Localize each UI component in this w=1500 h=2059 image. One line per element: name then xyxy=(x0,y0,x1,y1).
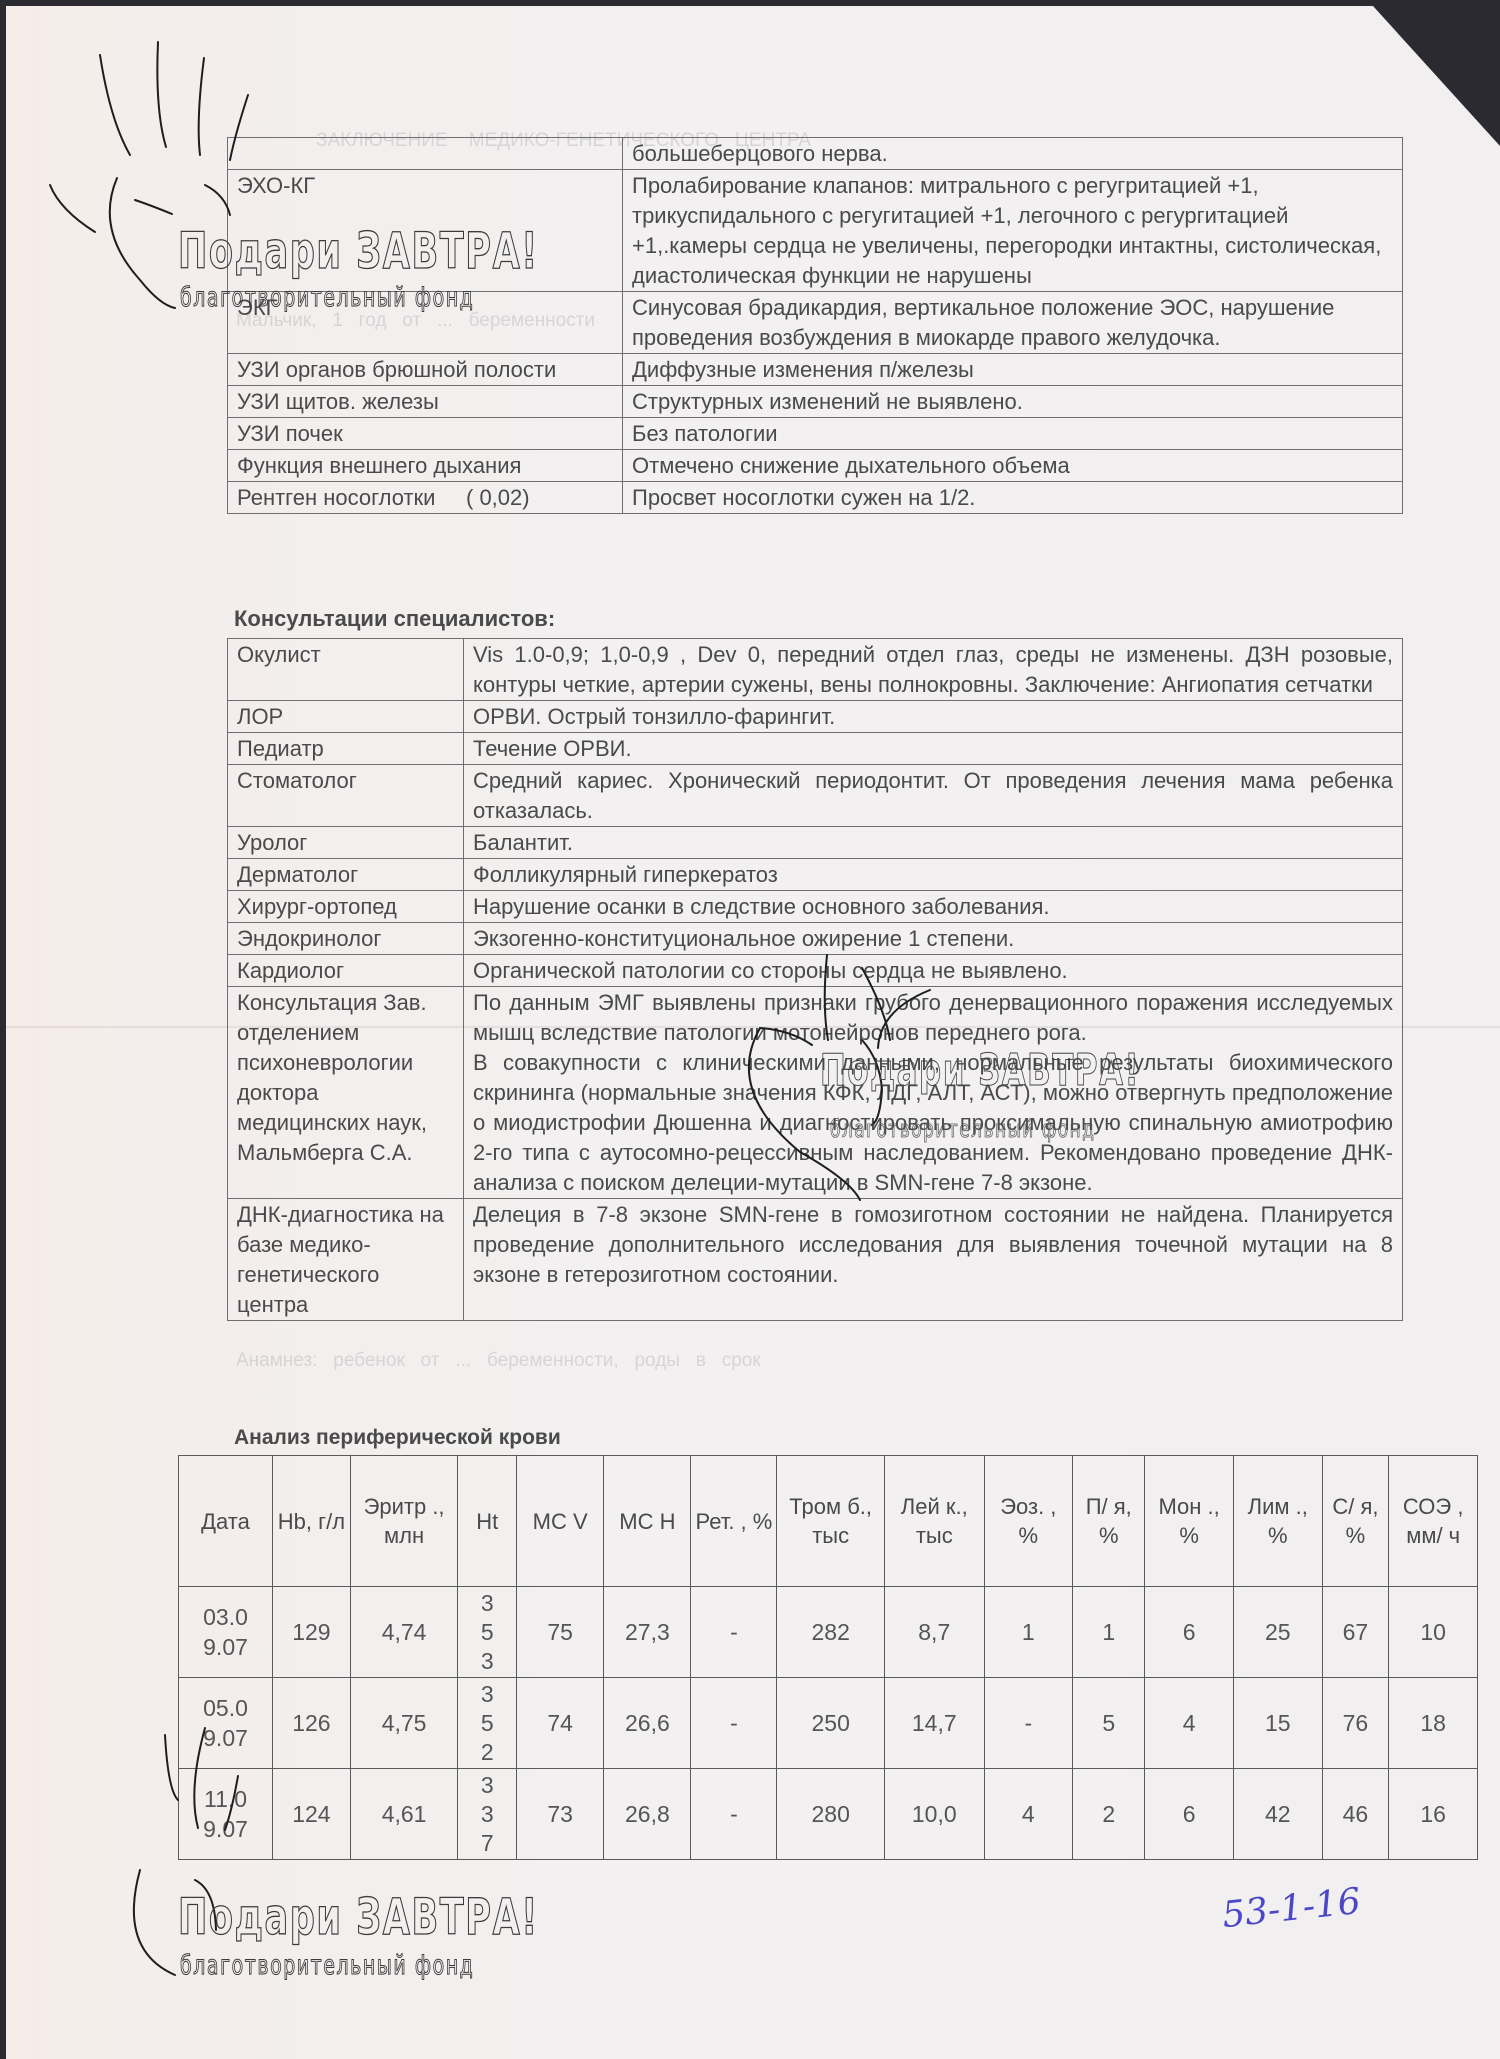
table-row: ПедиатрТечение ОРВИ. xyxy=(228,733,1403,765)
table-row: УЗИ почекБез патологии xyxy=(228,418,1403,450)
table-row: 05.09.07 126 4,75 352 74 26,6 - 250 14,7… xyxy=(179,1678,1478,1769)
table-row: СтоматологСредний кариес. Хронический пе… xyxy=(228,765,1403,827)
watermark-subtitle: благотворительный фонд xyxy=(830,1115,1095,1143)
watermark-title: Подари ЗАВТРА! xyxy=(820,1045,1140,1096)
instrumental-studies-table: большеберцового нерва. ЭХО-КГПролабирова… xyxy=(227,137,1403,514)
watermark-subtitle: благотворительный фонд xyxy=(180,1950,474,1981)
conclusion-paragraph: По данным ЭМГ выявлены признаки грубого … xyxy=(473,988,1393,1048)
table-row: ЭндокринологЭкзогенно-конституциональное… xyxy=(228,923,1403,955)
table-row: ДНК-диагностика на базе медико-генетичес… xyxy=(228,1199,1403,1321)
table-row: 03.09.07 129 4,74 353 75 27,3 - 282 8,7 … xyxy=(179,1587,1478,1678)
table-row: ОкулистVis 1.0-0,9; 1,0-0,9 , Dev 0, пер… xyxy=(228,639,1403,701)
blood-analysis-table: Дата Hb, г/л Эритр ., млн Ht МС V МС Н Р… xyxy=(178,1455,1478,1860)
consultations-table: ОкулистVis 1.0-0,9; 1,0-0,9 , Dev 0, пер… xyxy=(227,638,1403,1321)
table-row: 11.09.07 124 4,61 337 73 26,8 - 280 10,0… xyxy=(179,1769,1478,1860)
table-header-row: Дата Hb, г/л Эритр ., млн Ht МС V МС Н Р… xyxy=(179,1456,1478,1587)
table-row: УЗИ органов брюшной полостиДиффузные изм… xyxy=(228,354,1403,386)
watermark-subtitle: благотворительный фонд xyxy=(180,282,474,313)
table-row: КардиологОрганической патологии со сторо… xyxy=(228,955,1403,987)
table-row: большеберцового нерва. xyxy=(228,138,1403,170)
consultations-heading: Консультации специалистов: xyxy=(234,606,555,632)
table-row: УрологБалантит. xyxy=(228,827,1403,859)
table-row: Функция внешнего дыханияОтмечено снижени… xyxy=(228,450,1403,482)
blood-analysis-heading: Анализ периферической крови xyxy=(234,1426,561,1450)
table-row: ЛОРОРВИ. Острый тонзилло-фарингит. xyxy=(228,701,1403,733)
table-row: УЗИ щитов. железыСтруктурных изменений н… xyxy=(228,386,1403,418)
watermark-title: Подари ЗАВТРА! xyxy=(178,1888,539,1946)
table-row: Консультация Зав. отделением психоневрол… xyxy=(228,987,1403,1199)
watermark-title: Подари ЗАВТРА! xyxy=(178,222,539,280)
table-row: Хирург-ортопедНарушение осанки в следств… xyxy=(228,891,1403,923)
table-row: ДерматологФолликулярный гиперкератоз xyxy=(228,859,1403,891)
show-through-text: Анамнез: ребенок от ... беременности, ро… xyxy=(236,1346,761,1376)
table-row: Рентген носоглотки ( 0,02)Просвет носогл… xyxy=(228,482,1403,514)
